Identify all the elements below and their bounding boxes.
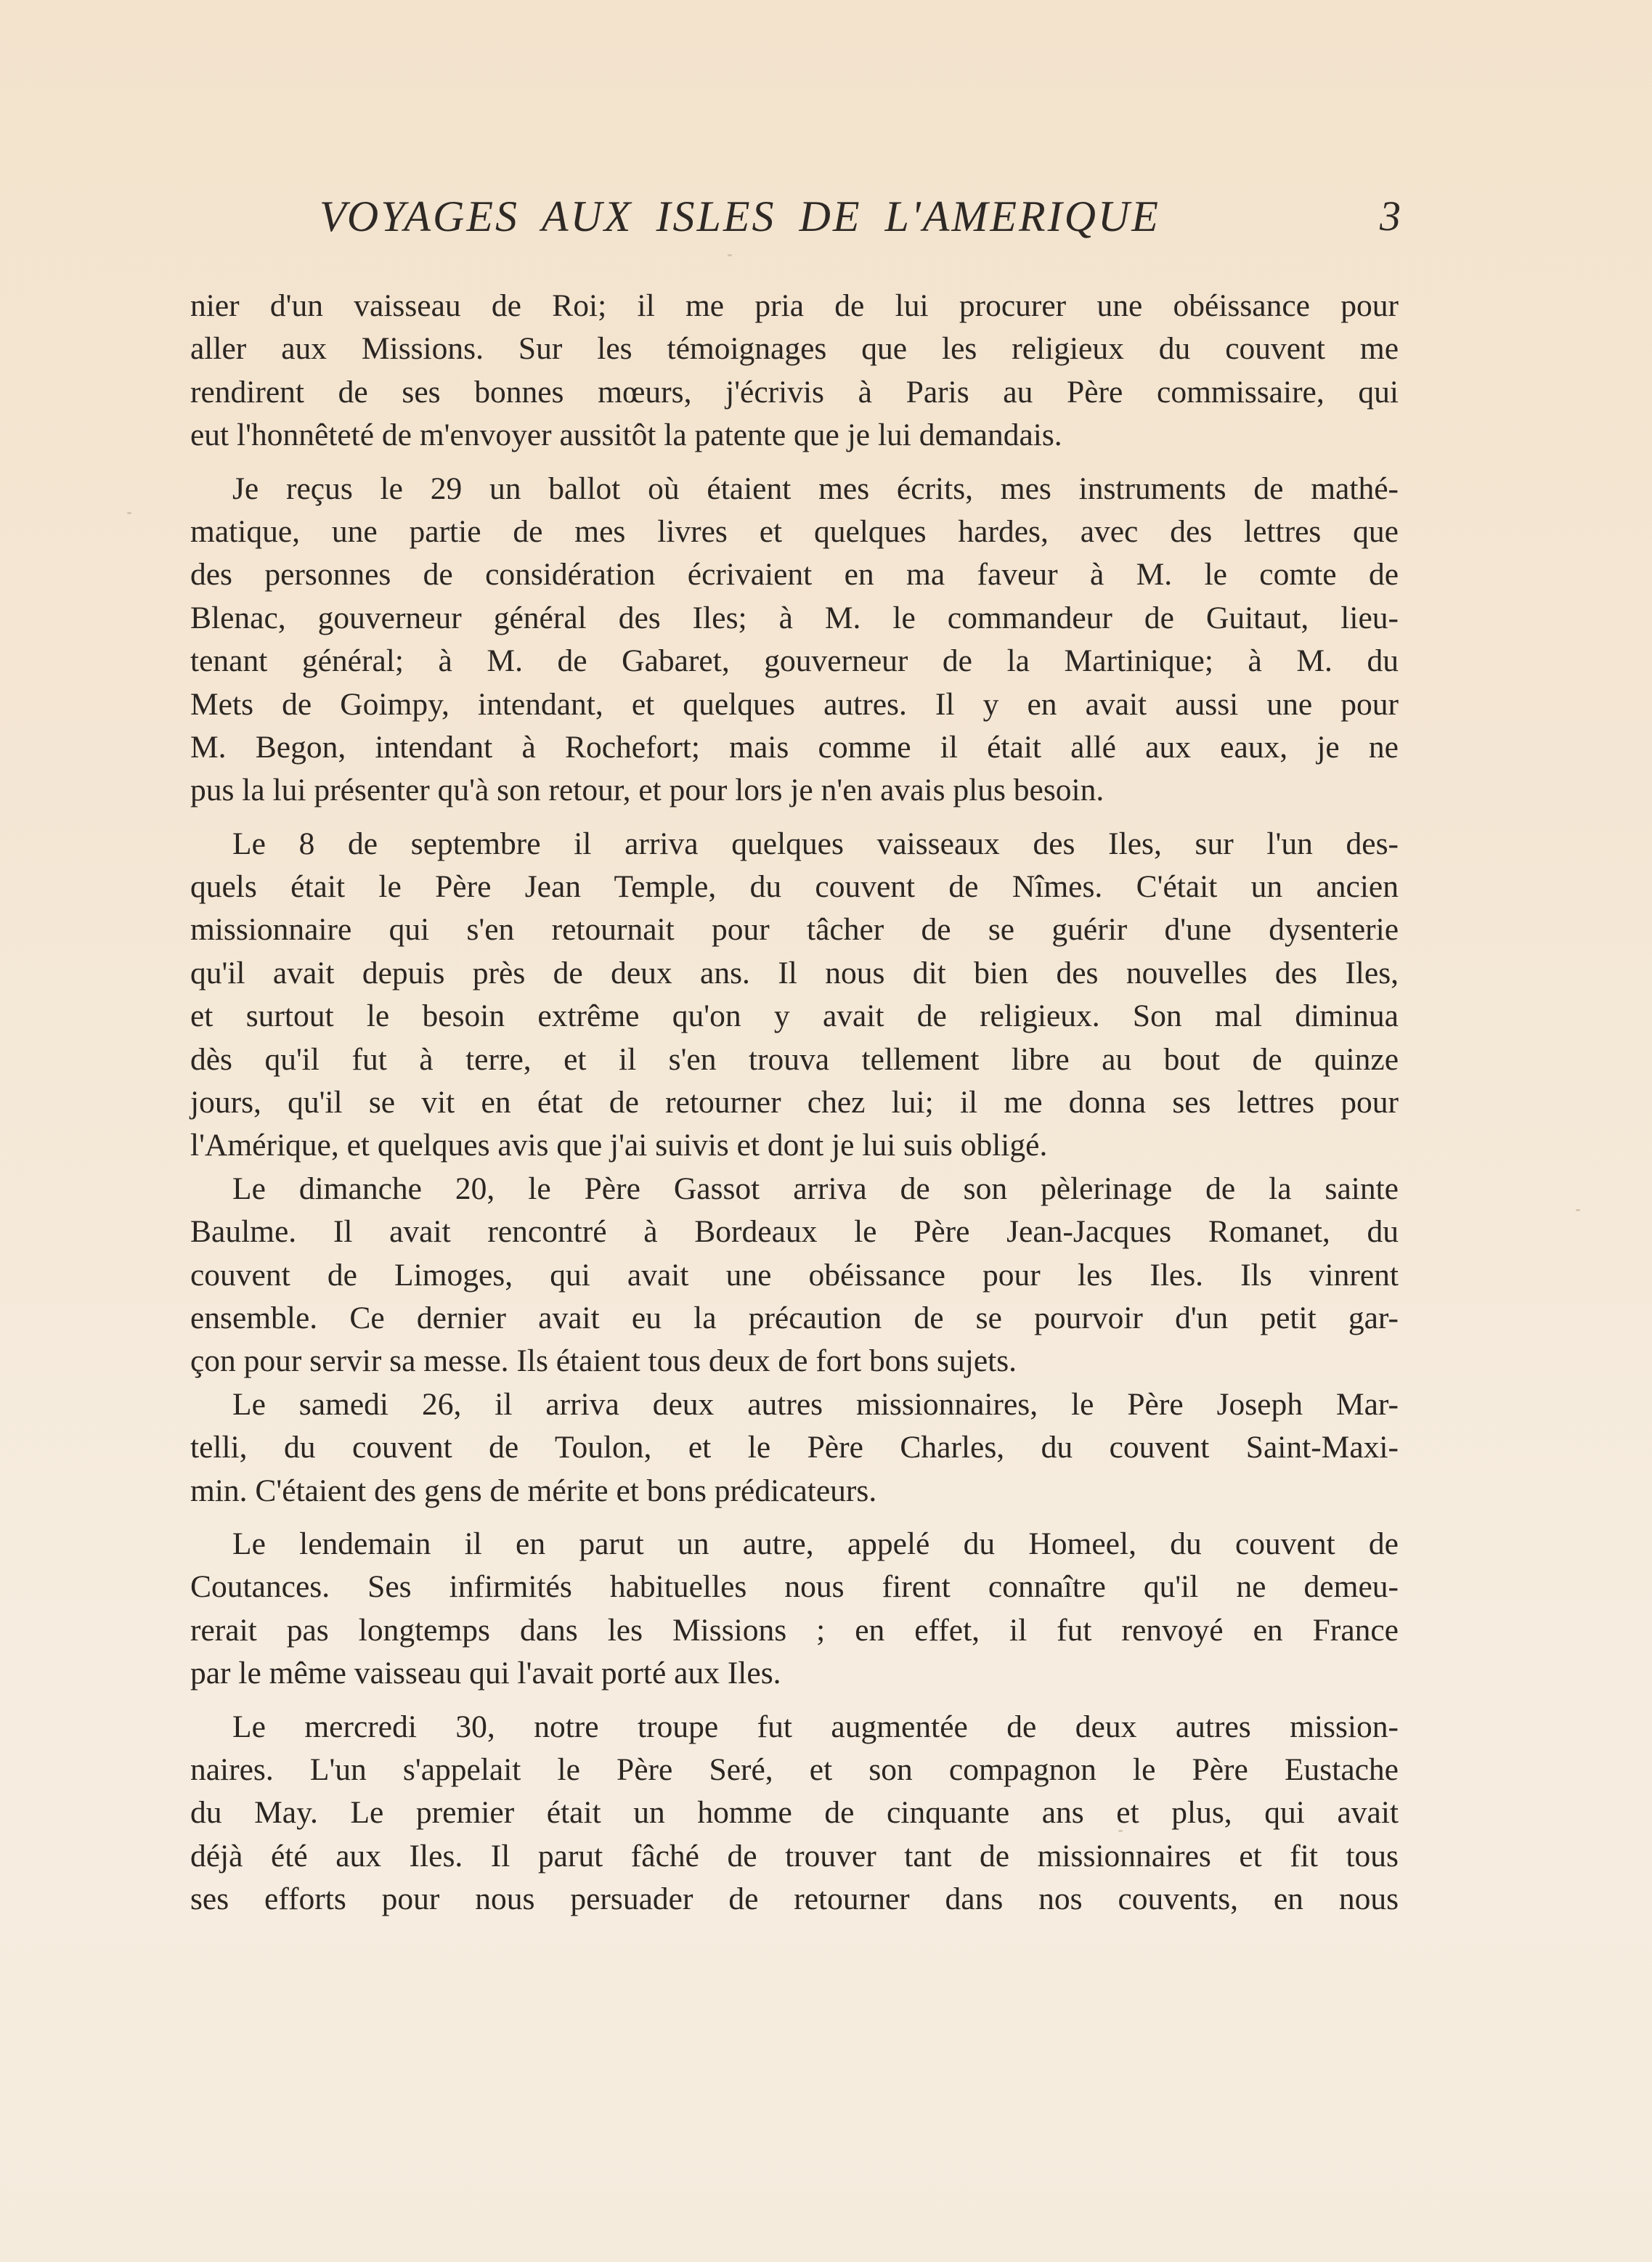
text-line: et surtout le besoin extrême qu'on y ava… (190, 995, 1399, 1038)
text-line: Le 8 de septembre il arriva quelques vai… (190, 823, 1399, 866)
text-line: dès qu'il fut à terre, et il s'en trouva… (190, 1038, 1399, 1081)
text-line: du May. Le premier était un homme de cin… (190, 1791, 1399, 1834)
paragraph-september: Le 8 de septembre il arriva quelques vai… (190, 823, 1399, 1168)
paragraph-lendemain: Le lendemain il en parut un autre, appel… (190, 1523, 1399, 1696)
page-number: 3 (1380, 187, 1401, 245)
text-line: Baulme. Il avait rencontré à Bordeaux le… (190, 1211, 1399, 1253)
text-line: déjà été aux Iles. Il parut fâché de tro… (190, 1835, 1399, 1878)
text-line: pus la lui présenter qu'à son retour, et… (190, 769, 1399, 812)
text-line: ses efforts pour nous persuader de retou… (190, 1878, 1399, 1921)
text-line: eut l'honnêteté de m'envoyer aussitôt la… (190, 414, 1399, 457)
text-line: Le dimanche 20, le Père Gassot arriva de… (190, 1168, 1399, 1211)
text-line: naires. L'un s'appelait le Père Seré, et… (190, 1749, 1399, 1791)
text-line: par le même vaisseau qui l'avait porté a… (190, 1652, 1399, 1695)
text-line: Blenac, gouverneur général des Iles; à M… (190, 597, 1399, 640)
body-text: nier d'un vaisseau de Roi; il me pria de… (190, 285, 1399, 1921)
text-line: couvent de Limoges, qui avait une obéiss… (190, 1254, 1399, 1297)
text-line: Coutances. Ses infirmités habituelles no… (190, 1566, 1399, 1608)
text-line: Mets de Goimpy, intendant, et quelques a… (190, 683, 1399, 726)
paragraph-continuation: nier d'un vaisseau de Roi; il me pria de… (190, 285, 1399, 457)
text-line: min. C'étaient des gens de mérite et bon… (190, 1470, 1399, 1513)
text-line: matique, une partie de mes livres et que… (190, 510, 1399, 553)
text-line: jours, qu'il se vit en état de retourner… (190, 1081, 1399, 1124)
text-line: rerait pas longtemps dans les Missions ;… (190, 1609, 1399, 1652)
paper-speck (1576, 1209, 1580, 1211)
text-line: Le lendemain il en parut un autre, appel… (190, 1523, 1399, 1566)
paragraph-mercredi: Le mercredi 30, notre troupe fut augment… (190, 1706, 1399, 1921)
text-line: tenant général; à M. de Gabaret, gouvern… (190, 640, 1399, 683)
text-line: Le mercredi 30, notre troupe fut augment… (190, 1706, 1399, 1749)
text-line: M. Begon, intendant à Rochefort; mais co… (190, 726, 1399, 769)
text-line: aller aux Missions. Sur les témoignages … (190, 327, 1399, 370)
text-line: qu'il avait depuis près de deux ans. Il … (190, 952, 1399, 995)
paragraph-samedi: Le samedi 26, il arriva deux autres miss… (190, 1383, 1399, 1513)
text-line: rendirent de ses bonnes mœurs, j'écrivis… (190, 371, 1399, 414)
paper-speck (1118, 1830, 1123, 1832)
paragraph-ballot: Je reçus le 29 un ballot où étaient mes … (190, 468, 1399, 813)
text-line: çon pour servir sa messe. Ils étaient to… (190, 1340, 1399, 1383)
paper-speck (728, 254, 732, 256)
text-line: quels était le Père Jean Temple, du couv… (190, 866, 1399, 908)
running-title: VOYAGES AUX ISLES DE L'AMERIQUE (320, 187, 1160, 245)
text-line: Je reçus le 29 un ballot où étaient mes … (190, 468, 1399, 510)
text-line: nier d'un vaisseau de Roi; il me pria de… (190, 285, 1399, 327)
text-line: ensemble. Ce dernier avait eu la précaut… (190, 1297, 1399, 1340)
text-line: missionnaire qui s'en retournait pour tâ… (190, 908, 1399, 951)
text-line: l'Amérique, et quelques avis que j'ai su… (190, 1124, 1399, 1167)
book-page: VOYAGES AUX ISLES DE L'AMERIQUE 3 nier d… (0, 0, 1652, 2262)
text-line: Le samedi 26, il arriva deux autres miss… (190, 1383, 1399, 1426)
text-line: des personnes de considération écrivaien… (190, 553, 1399, 596)
paragraph-dimanche: Le dimanche 20, le Père Gassot arriva de… (190, 1168, 1399, 1383)
running-head: VOYAGES AUX ISLES DE L'AMERIQUE 3 (320, 187, 1409, 245)
paper-speck (127, 512, 131, 514)
text-line: telli, du couvent de Toulon, et le Père … (190, 1426, 1399, 1469)
